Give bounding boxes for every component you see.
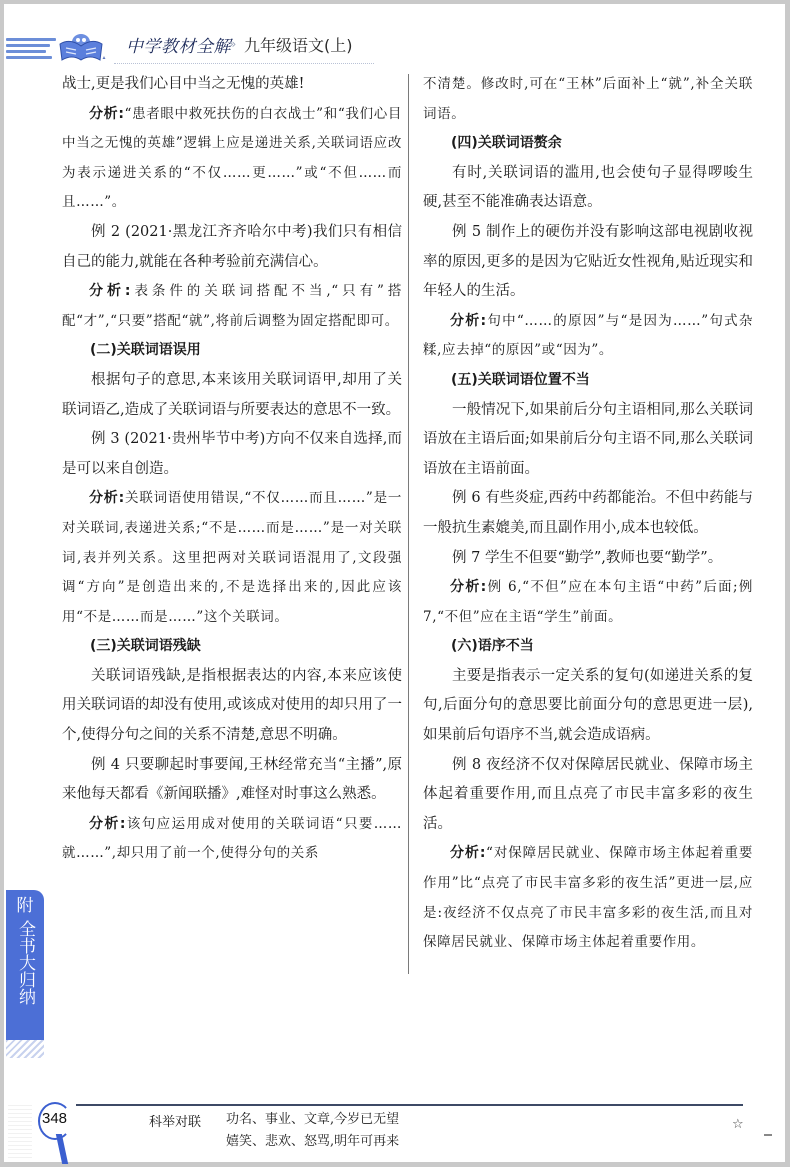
analysis-label: 分析:: [450, 579, 487, 595]
paragraph-text: 一般情况下,如果前后分句主语相同,那么关联词语放在主语后面;如果前后分句主语不同…: [423, 402, 753, 477]
header-dotted-rule: [114, 63, 374, 64]
section-heading: (五)关联词语位置不当: [423, 366, 753, 396]
margin-texture-decoration: [8, 1104, 32, 1158]
paragraph: 关联词语残缺,是指根据表达的内容,本来应该使用关联词语的却没有使用,或该成对使用…: [62, 662, 402, 751]
example-text: 例 2 (2021·黑龙江齐齐哈尔中考)我们只有相信自己的能力,就能在各种考验前…: [62, 224, 402, 270]
analysis-label: 分析:: [450, 845, 486, 861]
series-title: 中学教材全解: [126, 32, 231, 57]
paragraph: 战士,更是我们心目中当之无愧的英雄!: [62, 70, 402, 100]
analysis-paragraph: 分析:“对保障居民就业、保障市场主体起着重要作用”比“点亮了市民丰富多彩的夜生活…: [423, 839, 753, 957]
paragraph-text: 有时,关联词语的滥用,也会使句子显得啰唆生硬,甚至不能准确表达语意。: [423, 165, 753, 211]
left-column: 战士,更是我们心目中当之无愧的英雄! 分析:“患者眼中救死扶伤的白衣战士”和“我…: [62, 70, 402, 869]
right-column: 不清楚。修改时,可在“王林”后面补上“就”,补全关联词语。 (四)关联词语赘余 …: [423, 70, 753, 958]
section-heading: (三)关联词语残缺: [62, 632, 402, 662]
example-paragraph: 例 2 (2021·黑龙江齐齐哈尔中考)我们只有相信自己的能力,就能在各种考验前…: [62, 218, 402, 277]
footer-rule: [76, 1104, 743, 1106]
analysis-label: 分析:: [89, 490, 125, 506]
paragraph: 根据句子的意思,本来该用关联词语甲,却用了关联词语乙,造成了关联词语与所要表达的…: [62, 366, 402, 425]
couplet-line-1: 功名、事业、文章,今岁已无望: [226, 1109, 399, 1131]
couplet-text: 功名、事业、文章,今岁已无望 嬉笑、悲欢、怒骂,明年可再来: [226, 1109, 399, 1153]
page-header: 中学教材全解 » 九年级语文(上): [4, 26, 785, 66]
analysis-label: 分析:: [89, 106, 125, 122]
paragraph: 一般情况下,如果前后分句主语相同,那么关联词语放在主语后面;如果前后分句主语不同…: [423, 396, 753, 485]
example-text: 例 3 (2021·贵州毕节中考)方向不仅来自选择,而是可以来自创造。: [62, 431, 402, 477]
book-subtitle: 九年级语文(上): [244, 33, 353, 56]
analysis-label: 分析:: [450, 313, 487, 329]
column-divider: [408, 74, 409, 974]
example-paragraph: 例 7 学生不但要“勤学”,教师也要“勤学”。: [423, 544, 753, 574]
example-text: 例 7 学生不但要“勤学”,教师也要“勤学”。: [452, 550, 722, 566]
analysis-text: 不清楚。修改时,可在“王林”后面补上“就”,补全关联词语。: [423, 76, 753, 122]
example-text: 例 5 制作上的硬伤并没有影响这部电视剧收视率的原因,更多的是因为它贴近女性视角…: [423, 224, 753, 299]
side-tab-title: 全书大归纳: [16, 920, 34, 1005]
header-separator-icon: »: [229, 37, 236, 51]
open-book-logo-icon: [56, 32, 106, 62]
star-icon: ☆: [732, 1117, 744, 1132]
example-paragraph: 例 8 夜经济不仅对保障居民就业、保障市场主体起着重要作用,而且点亮了市民丰富多…: [423, 751, 753, 840]
example-text: 例 4 只要聊起时事要闻,王林经常充当“主播”,原来他每天都看《新闻联播》,难怪…: [62, 757, 402, 803]
example-text: 例 8 夜经济不仅对保障居民就业、保障市场主体起着重要作用,而且点亮了市民丰富多…: [423, 757, 753, 832]
analysis-continuation: 不清楚。修改时,可在“王林”后面补上“就”,补全关联词语。: [423, 70, 753, 129]
section-heading: (六)语序不当: [423, 632, 753, 662]
header-stripes-decoration: [6, 38, 56, 62]
side-tab-prefix: 附: [17, 896, 34, 916]
example-text: 例 6 有些炎症,西药中药都能治。不但中药能与一般抗生素媲美,而且副作用小,成本…: [423, 490, 753, 536]
paragraph-text: 主要是指表示一定关系的复句(如递进关系的复句,后面分句的意思要比前面分句的意思更…: [423, 668, 753, 743]
edge-mark-decoration: [764, 1134, 772, 1136]
paragraph-text: 根据句子的意思,本来该用关联词语甲,却用了关联词语乙,造成了关联词语与所要表达的…: [62, 372, 402, 418]
page-badge-stem-decoration: [56, 1134, 68, 1164]
textbook-page: 中学教材全解 » 九年级语文(上) 战士,更是我们心目中当之无愧的英雄! 分析:…: [4, 4, 785, 1162]
chapter-side-tab: 附 全书大归纳: [6, 890, 44, 1040]
paragraph-text: 关联词语残缺,是指根据表达的内容,本来应该使用关联词语的却没有使用,或该成对使用…: [62, 668, 402, 743]
section-heading: (二)关联词语误用: [62, 336, 402, 366]
couplet-line-2: 嬉笑、悲欢、怒骂,明年可再来: [226, 1131, 399, 1153]
example-paragraph: 例 3 (2021·贵州毕节中考)方向不仅来自选择,而是可以来自创造。: [62, 425, 402, 484]
analysis-paragraph: 分析:该句应运用成对使用的关联词语“只要……就……”,却只用了前一个,使得分句的…: [62, 810, 402, 869]
example-paragraph: 例 4 只要聊起时事要闻,王林经常充当“主播”,原来他每天都看《新闻联播》,难怪…: [62, 751, 402, 810]
analysis-paragraph: 分析:“患者眼中救死扶伤的白衣战士”和“我们心目中当之无愧的英雄”逻辑上应是递进…: [62, 100, 402, 218]
example-paragraph: 例 6 有些炎症,西药中药都能治。不但中药能与一般抗生素媲美,而且副作用小,成本…: [423, 484, 753, 543]
analysis-paragraph: 分析:表条件的关联词搭配不当,“只有”搭配“才”,“只要”搭配“就”,将前后调整…: [62, 277, 402, 336]
section-heading: (四)关联词语赘余: [423, 129, 753, 159]
example-paragraph: 例 5 制作上的硬伤并没有影响这部电视剧收视率的原因,更多的是因为它贴近女性视角…: [423, 218, 753, 307]
side-tab-hatch-decoration: [6, 1040, 44, 1058]
analysis-paragraph: 分析:句中“……的原因”与“是因为……”句式杂糅,应去掉“的原因”或“因为”。: [423, 307, 753, 366]
paragraph: 有时,关联词语的滥用,也会使句子显得啰唆生硬,甚至不能准确表达语意。: [423, 159, 753, 218]
paragraph-text: 战士,更是我们心目中当之无愧的英雄!: [62, 76, 304, 92]
analysis-text: 关联词语使用错误,“不仅……而且……”是一对关联词,表递进关系;“不是……而是……: [62, 490, 402, 624]
paragraph: 主要是指表示一定关系的复句(如递进关系的复句,后面分句的意思要比前面分句的意思更…: [423, 662, 753, 751]
analysis-label: 分析:: [89, 283, 131, 299]
couplet-label: 科举对联: [149, 1111, 201, 1130]
analysis-paragraph: 分析:关联词语使用错误,“不仅……而且……”是一对关联词,表递进关系;“不是………: [62, 484, 402, 632]
analysis-paragraph: 分析:例 6,“不但”应在本句主语“中药”后面;例 7,“不但”应在主语“学生”…: [423, 573, 753, 632]
page-number: 348: [42, 1110, 67, 1127]
analysis-label: 分析:: [89, 816, 126, 832]
